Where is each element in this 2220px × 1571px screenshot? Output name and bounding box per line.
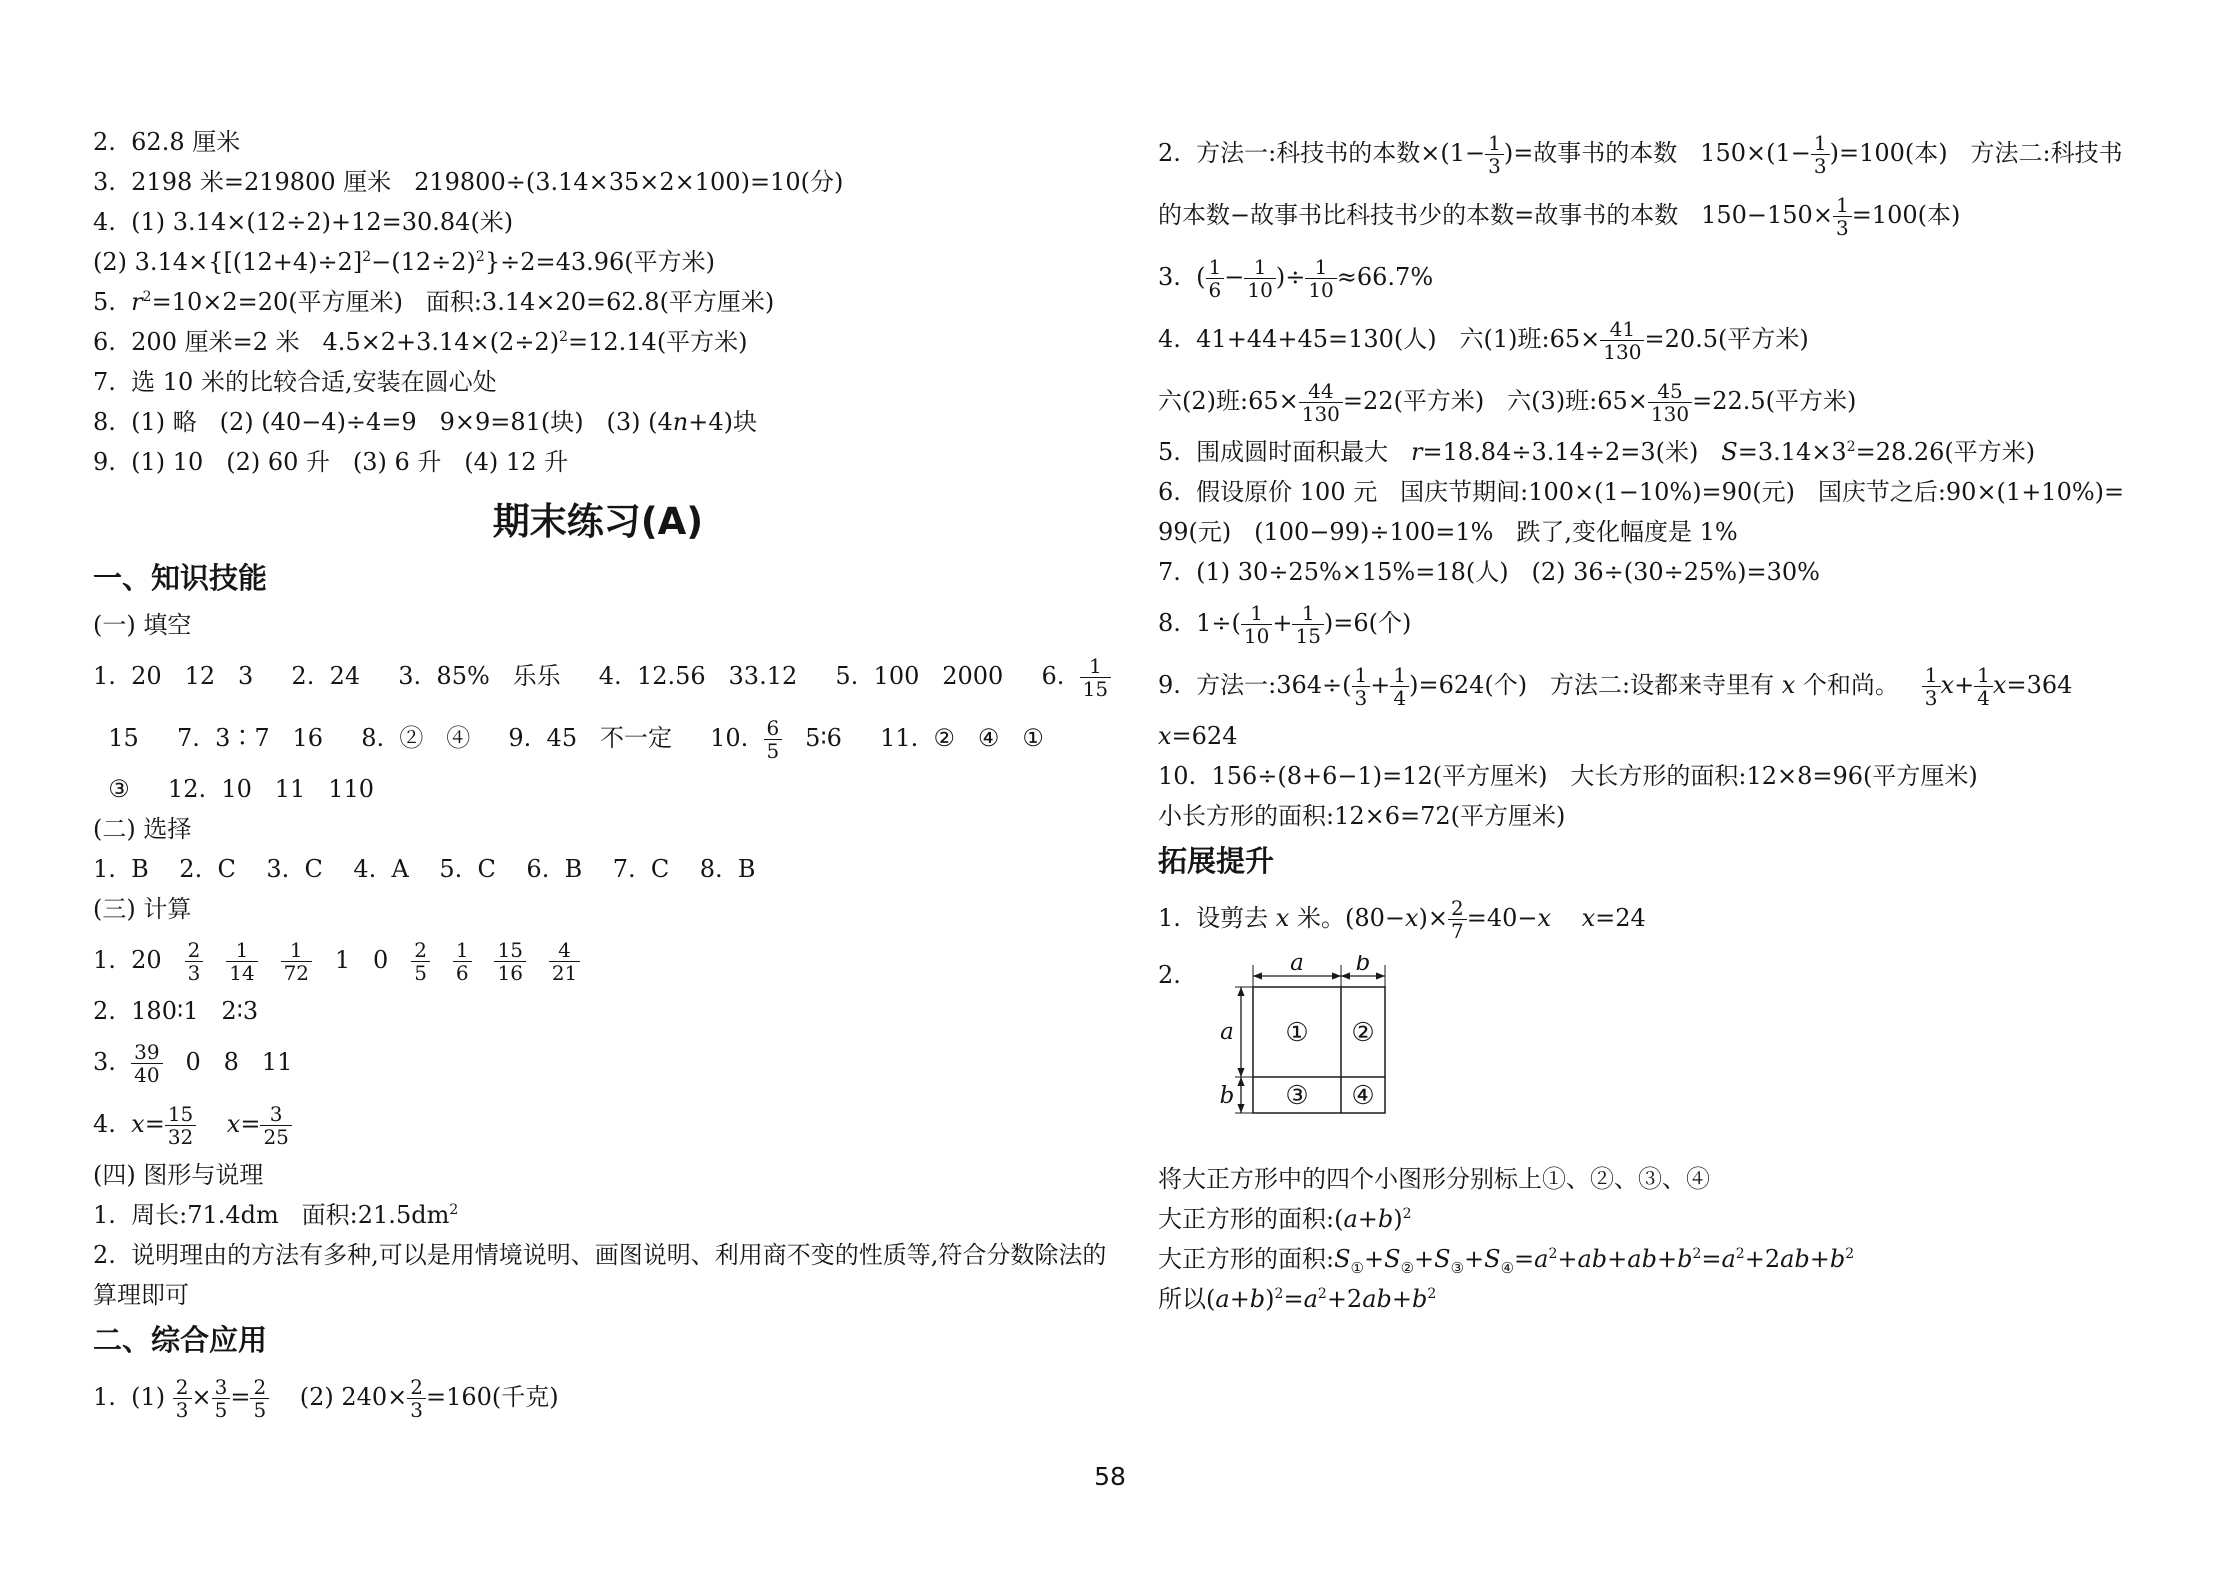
diagram-row: 2.abab①②③④ [1158, 955, 2158, 1155]
answer-line: 3. (16−110)÷110≈66.7% [1158, 246, 2158, 308]
answer-line: 8. (1) 略 (2) (40−4)÷4=9 9×9=81(块) (3) (4… [93, 402, 1103, 442]
fraction: 13 [1811, 132, 1830, 177]
subscript-circled: ② [1401, 1259, 1414, 1277]
answer-line: 5. r2=10×2=20(平方厘米) 面积:3.14×20=62.8(平方厘米… [93, 282, 1103, 322]
answer-line: 算理即可 [93, 1275, 1103, 1315]
fraction: 1532 [165, 1103, 196, 1148]
variable: x [1582, 904, 1596, 932]
fraction: 13 [1922, 664, 1941, 709]
answer-line: ③ 12. 10 11 110 [93, 769, 1103, 809]
fraction: 172 [281, 939, 312, 984]
section-heading: 二、综合应用 [93, 1322, 1103, 1358]
exercise-title: 期末练习(A) [93, 500, 1103, 544]
dim-label-b-top: b [1356, 955, 1371, 976]
answer-line: 4. x=1532 x=325 [93, 1093, 1103, 1155]
variable: x [131, 1110, 145, 1138]
fraction: 16 [1206, 256, 1225, 301]
answer-line: 15 7. 3∶7 16 8. ② ④ 9. 45 不一定 10. 65 5∶6… [93, 707, 1103, 769]
fraction: 35 [212, 1376, 231, 1421]
variable: x [227, 1110, 241, 1138]
cell-4-label: ④ [1351, 1081, 1374, 1111]
fraction: 115 [1292, 602, 1323, 647]
answer-line: 99(元) (100−99)÷100=1% 跌了,变化幅度是 1% [1158, 512, 2158, 552]
variable: x [1538, 904, 1552, 932]
answer-line: (三) 计算 [93, 889, 1103, 929]
variable: ab [1780, 1245, 1810, 1273]
fraction: 44130 [1299, 380, 1343, 425]
variable: r [1411, 438, 1422, 466]
answer-line: 7. (1) 30÷25%×15%=18(人) (2) 36÷(30÷25%)=… [1158, 552, 2158, 592]
variable: ab [1362, 1285, 1392, 1313]
variable: a [1215, 1285, 1229, 1313]
cell-3-label: ③ [1285, 1081, 1308, 1111]
fraction: 27 [1448, 897, 1467, 942]
variable: b [1412, 1285, 1427, 1313]
variable: a [1534, 1245, 1548, 1273]
superscript: 2 [362, 249, 371, 265]
answer-line: (四) 图形与说理 [93, 1155, 1103, 1195]
diagram-item-label: 2. [1158, 955, 1181, 995]
fraction: 114 [226, 939, 257, 984]
answer-line: 1. 20 23 114 172 1 0 25 16 1516 421 [93, 929, 1103, 991]
variable: r [131, 288, 142, 316]
fraction: 13 [1833, 194, 1852, 239]
variable: S [1434, 1245, 1450, 1273]
answer-line: 4. 41+44+45=130(人) 六(1)班:65×41130=20.5(平… [1158, 308, 2158, 370]
answer-line: (二) 选择 [93, 809, 1103, 849]
superscript: 2 [1692, 1246, 1701, 1262]
answer-line: (一) 填空 [93, 605, 1103, 645]
superscript: 2 [1318, 1286, 1327, 1302]
section-heading: 拓展提升 [1158, 843, 2158, 879]
answer-line: 2. 180∶1 2∶3 [93, 991, 1103, 1031]
subscript-circled: ① [1351, 1259, 1364, 1277]
answer-line: 1. 周长:71.4dm 面积:21.5dm2 [93, 1195, 1103, 1235]
answer-line: 6. 200 厘米=2 米 4.5×2+3.14×(2÷2)2=12.14(平方… [93, 322, 1103, 362]
variable: b [1250, 1285, 1265, 1313]
variable: b [1830, 1245, 1845, 1273]
superscript: 2 [1847, 439, 1856, 455]
answer-line: 1. 设剪去 x 米。(80−x)×27=40−x x=24 [1158, 887, 2158, 949]
fraction: 23 [185, 939, 204, 984]
answer-line: 的本数−故事书比科技书少的本数=故事书的本数 150−150×13=100(本) [1158, 184, 2158, 246]
superscript: 2 [1548, 1246, 1557, 1262]
superscript: 2 [1845, 1246, 1854, 1262]
superscript: 2 [1427, 1286, 1436, 1302]
variable: x [1993, 671, 2007, 699]
answer-line: 大正方形的面积:S①+S②+S③+S④=a2+ab+ab+b2=a2+2ab+b… [1158, 1239, 2158, 1279]
fraction: 3940 [131, 1041, 162, 1086]
fraction: 110 [1241, 602, 1272, 647]
answer-line: 将大正方形中的四个小图形分别标上①、②、③、④ [1158, 1159, 2158, 1199]
left-column: 2. 62.8 厘米3. 2198 米=219800 厘米 219800÷(3.… [93, 122, 1103, 1428]
dim-label-a-side: a [1220, 1019, 1234, 1045]
answer-line: 1. (1) 23×35=25 (2) 240×23=160(千克) [93, 1366, 1103, 1428]
subscript-circled: ④ [1501, 1259, 1514, 1277]
variable: ab [1627, 1245, 1657, 1273]
answer-line: 9. 方法一:364÷(13+14)=624(个) 方法二:设都来寺里有 x 个… [1158, 654, 2158, 716]
answer-line: 所以(a+b)2=a2+2ab+b2 [1158, 1279, 2158, 1319]
fraction: 1516 [494, 939, 525, 984]
fraction: 421 [549, 939, 580, 984]
fraction: 65 [764, 717, 783, 762]
fraction: 25 [411, 939, 430, 984]
square-area-diagram: abab①②③④ [1195, 955, 1447, 1155]
fraction: 25 [250, 1376, 269, 1421]
variable: x [1941, 671, 1955, 699]
answer-line: 3. 3940 0 8 11 [93, 1031, 1103, 1093]
variable: S [1334, 1245, 1350, 1273]
answer-line: 六(2)班:65×44130=22(平方米) 六(3)班:65×45130=22… [1158, 370, 2158, 432]
variable: x [1782, 671, 1796, 699]
variable: x [1405, 904, 1419, 932]
cell-1-label: ① [1285, 1018, 1308, 1048]
fraction: 13 [1352, 664, 1371, 709]
cell-2-label: ② [1351, 1018, 1374, 1048]
answer-line: 大正方形的面积:(a+b)2 [1158, 1199, 2158, 1239]
fraction: 23 [407, 1376, 426, 1421]
answer-line: 3. 2198 米=219800 厘米 219800÷(3.14×35×2×10… [93, 162, 1103, 202]
superscript: 2 [143, 289, 152, 305]
variable: ab [1578, 1245, 1608, 1273]
answer-line: 1. 20 12 3 2. 24 3. 85% 乐乐 4. 12.56 33.1… [93, 645, 1103, 707]
answer-line: 2. 62.8 厘米 [93, 122, 1103, 162]
fraction: 13 [1485, 132, 1504, 177]
variable: b [1378, 1205, 1393, 1233]
superscript: 2 [449, 1202, 458, 1218]
answer-line: 5. 围成圆时面积最大 r=18.84÷3.14÷2=3(米) S=3.14×3… [1158, 432, 2158, 472]
variable: a [1721, 1245, 1735, 1273]
fraction: 16 [453, 939, 472, 984]
superscript: 2 [1736, 1246, 1745, 1262]
dim-label-a-top: a [1290, 955, 1304, 976]
answer-line: 2. 方法一:科技书的本数×(1−13)=故事书的本数 150×(1−13)=1… [1158, 122, 2158, 184]
fraction: 115 [1080, 655, 1111, 700]
variable: n [673, 408, 688, 436]
subscript-circled: ③ [1451, 1259, 1464, 1277]
fraction: 110 [1244, 256, 1275, 301]
fraction: 14 [1974, 664, 1993, 709]
variable: a [1343, 1205, 1357, 1233]
variable: x [1158, 722, 1172, 750]
answer-line: 4. (1) 3.14×(12÷2)+12=30.84(米) [93, 202, 1103, 242]
fraction: 14 [1390, 664, 1409, 709]
variable: S [1484, 1245, 1500, 1273]
answer-line: (2) 3.14×{[(12+4)÷2]2−(12÷2)2}÷2=43.96(平… [93, 242, 1103, 282]
variable: b [1677, 1245, 1692, 1273]
answer-line: 1. B 2. C 3. C 4. A 5. C 6. B 7. C 8. B [93, 849, 1103, 889]
variable: S [1384, 1245, 1400, 1273]
right-column: 2. 方法一:科技书的本数×(1−13)=故事书的本数 150×(1−13)=1… [1158, 122, 2158, 1319]
answer-line: 6. 假设原价 100 元 国庆节期间:100×(1−10%)=90(元) 国庆… [1158, 472, 2158, 512]
fraction: 45130 [1648, 380, 1692, 425]
answer-line: 9. (1) 10 (2) 60 升 (3) 6 升 (4) 12 升 [93, 442, 1103, 482]
fraction: 23 [173, 1376, 192, 1421]
variable: S [1721, 438, 1737, 466]
dim-label-b-side: b [1220, 1083, 1235, 1109]
page-number: 58 [0, 1462, 2220, 1491]
fraction: 325 [260, 1103, 291, 1148]
superscript: 2 [476, 249, 485, 265]
variable: a [1304, 1285, 1318, 1313]
answer-line: 10. 156÷(8+6−1)=12(平方厘米) 大长方形的面积:12×8=96… [1158, 756, 2158, 796]
answer-line: 7. 选 10 米的比较合适,安装在圆心处 [93, 362, 1103, 402]
answer-line: 8. 1÷(110+115)=6(个) [1158, 592, 2158, 654]
answer-line: 2. 说明理由的方法有多种,可以是用情境说明、画图说明、利用商不变的性质等,符合… [93, 1235, 1103, 1275]
superscript: 2 [559, 329, 568, 345]
superscript: 2 [1403, 1206, 1412, 1222]
fraction: 41130 [1600, 318, 1644, 363]
variable: x [1276, 904, 1290, 932]
answer-line: x=624 [1158, 716, 2158, 756]
fraction: 110 [1305, 256, 1336, 301]
answer-line: 小长方形的面积:12×6=72(平方厘米) [1158, 796, 2158, 836]
superscript: 2 [1275, 1286, 1284, 1302]
section-heading: 一、知识技能 [93, 560, 1103, 596]
